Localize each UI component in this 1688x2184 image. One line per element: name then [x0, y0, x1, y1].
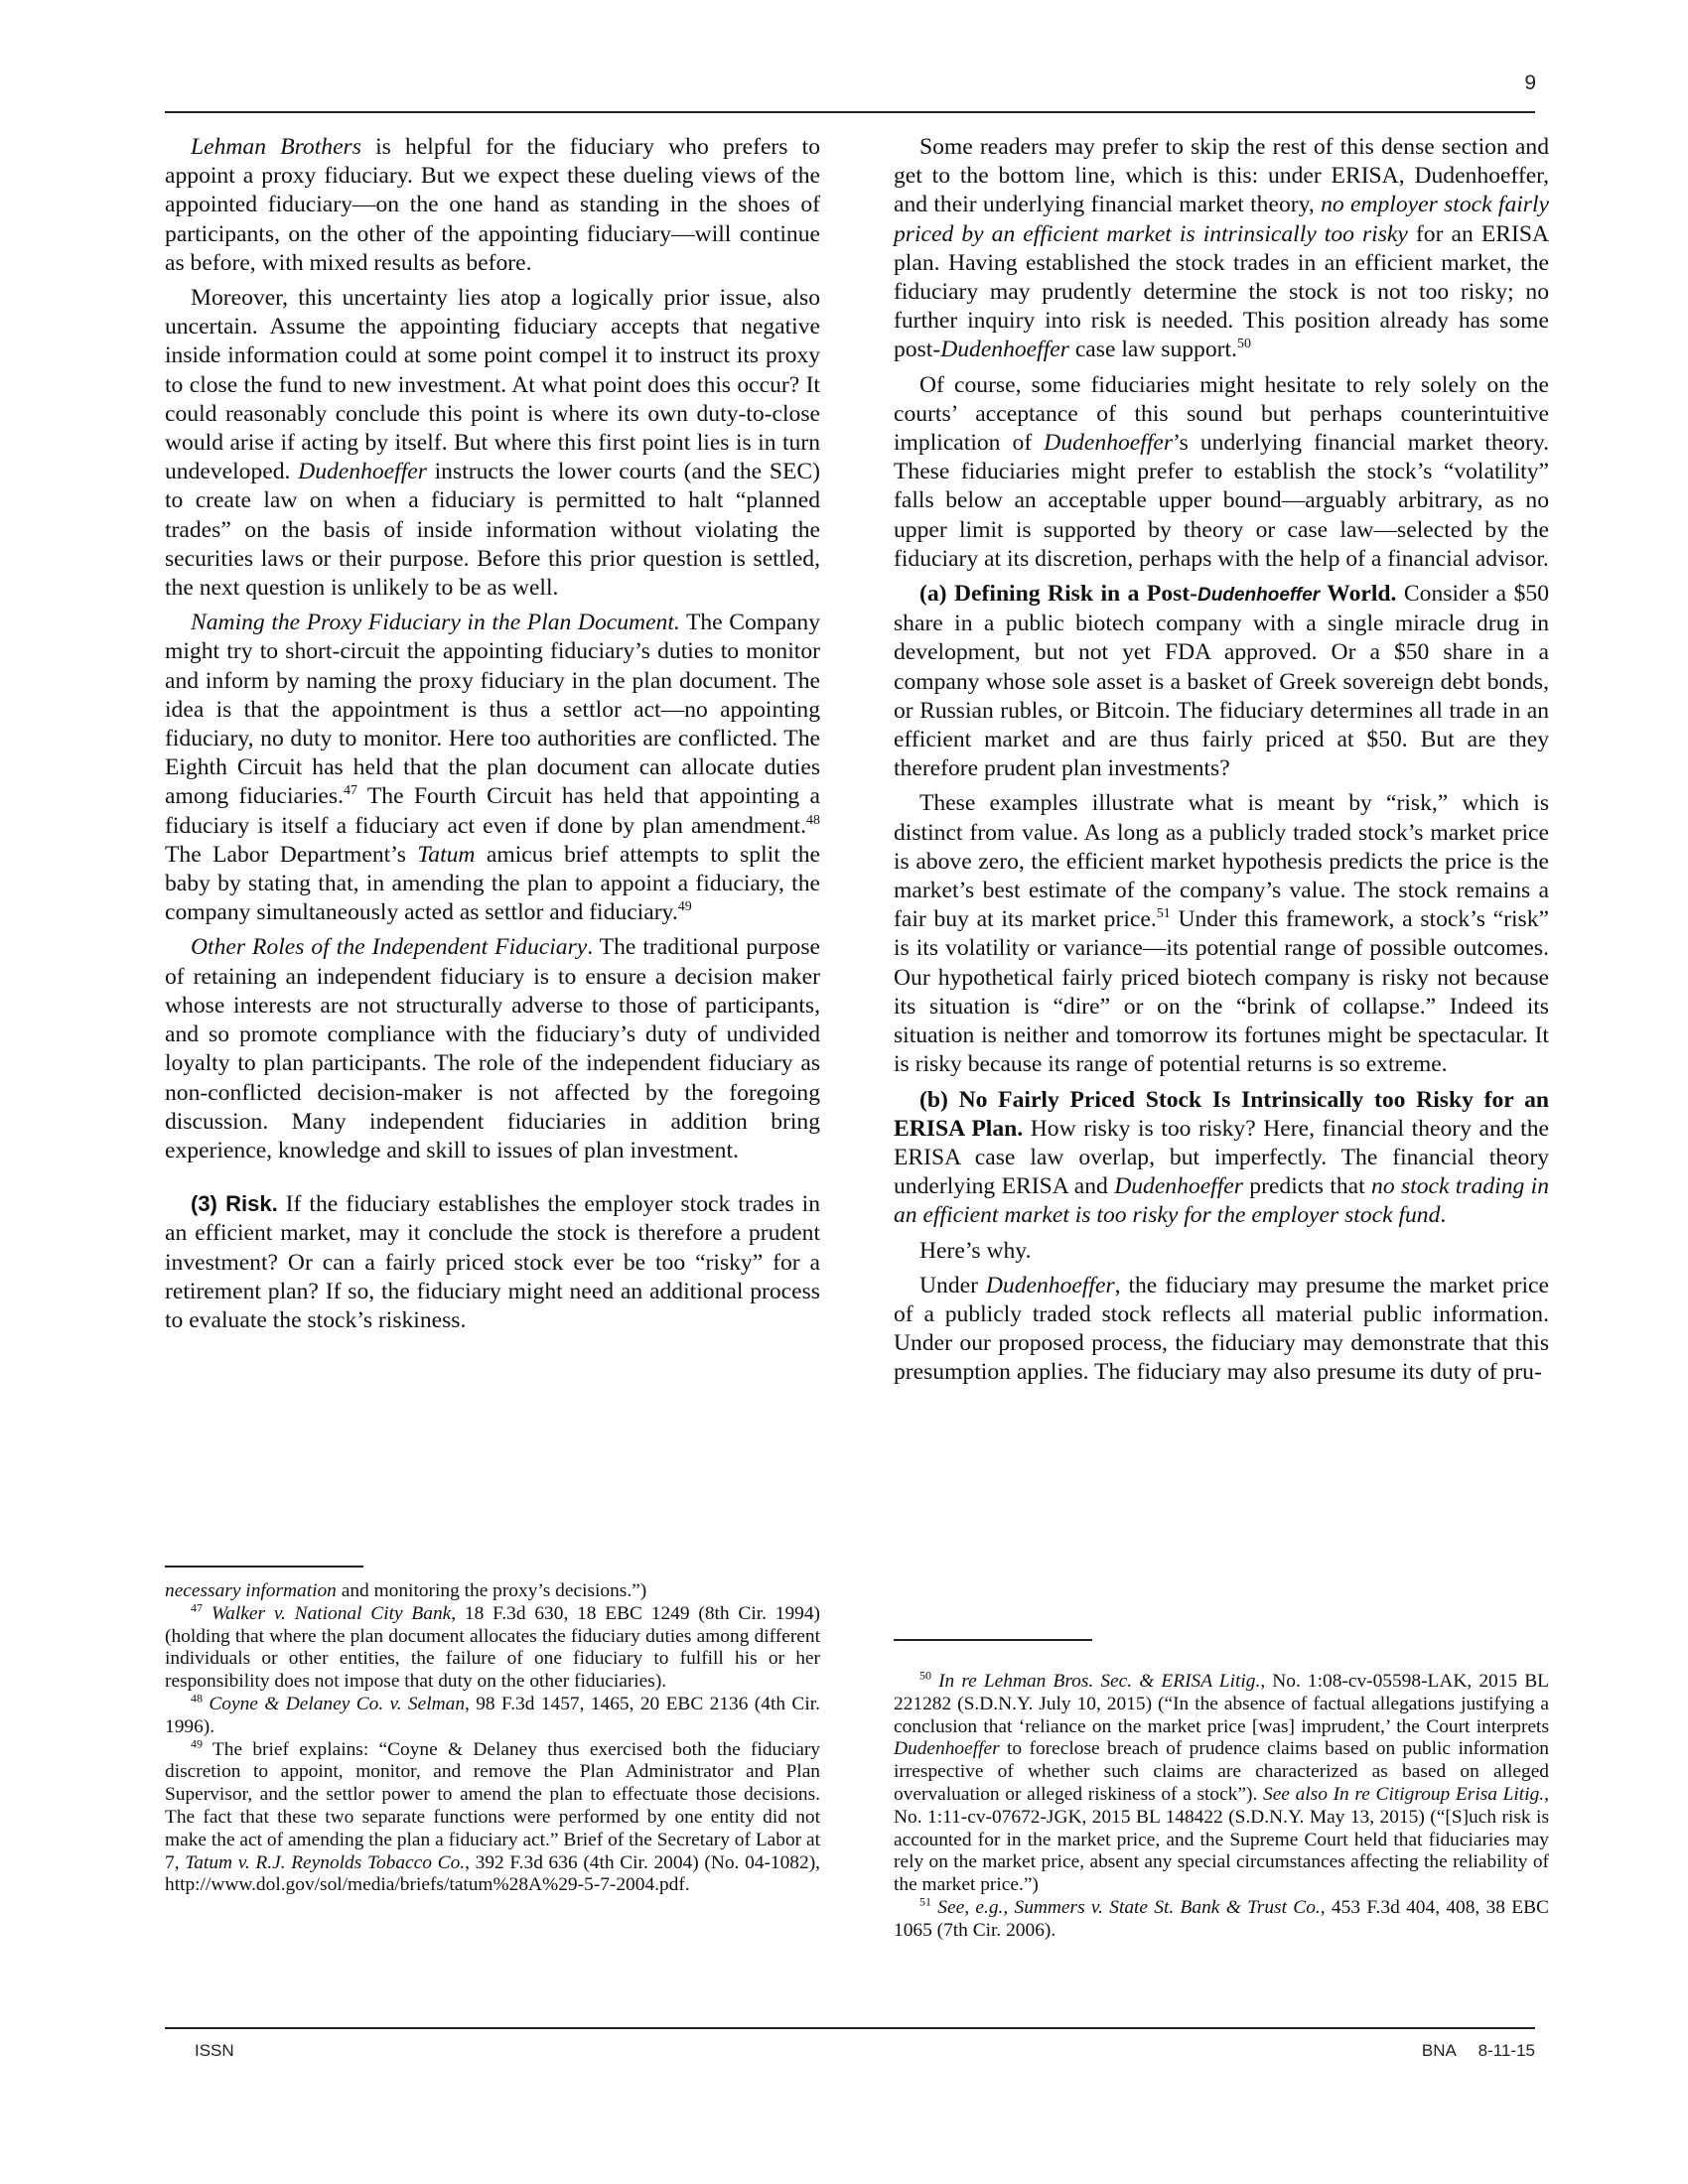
- paragraph: Some readers may prefer to skip the rest…: [894, 133, 1549, 365]
- paragraph: Under Dudenhoeffer, the fiduciary may pr…: [894, 1272, 1549, 1388]
- paragraph: These examples illustrate what is meant …: [894, 789, 1549, 1079]
- footnote-rule: [165, 1566, 363, 1568]
- right-footnotes: 50 In re Lehman Bros. Sec. & ERISA Litig…: [894, 1671, 1549, 1943]
- case-name: Lehman Brothers: [191, 134, 361, 160]
- subheading: Other Roles of the Independent Fiduciary: [191, 934, 587, 960]
- footnote-50: 50 In re Lehman Bros. Sec. & ERISA Litig…: [894, 1671, 1549, 1897]
- left-footnotes: necessary information and monitoring the…: [165, 1580, 820, 1897]
- paragraph: Other Roles of the Independent Fiduciary…: [165, 933, 820, 1165]
- paragraph: Lehman Brothers is helpful for the fiduc…: [165, 133, 820, 278]
- footnote-48: 48 Coyne & Delaney Co. v. Selman, 98 F.3…: [165, 1694, 820, 1739]
- footer-issn: ISSN: [195, 2041, 234, 2061]
- paragraph: Here’s why.: [894, 1237, 1549, 1266]
- footnote-51: 51 See, e.g., Summers v. State St. Bank …: [894, 1897, 1549, 1943]
- footnote-ref-51[interactable]: 51: [1157, 906, 1171, 921]
- paragraph: Of course, some fiduciaries might hesita…: [894, 371, 1549, 574]
- subsection-heading: (a) Defining Risk in a Post-Dudenhoeffer…: [919, 581, 1396, 607]
- footnote-ref-50[interactable]: 50: [1237, 338, 1251, 352]
- paragraph: (3) Risk. If the fiduciary establishes t…: [165, 1189, 820, 1335]
- footer-publication-info: BNA 8-11-15: [1422, 2041, 1535, 2061]
- footnote-49: 49 The brief explains: “Coyne & Delaney …: [165, 1739, 820, 1898]
- footnote-continuation: necessary information and monitoring the…: [165, 1580, 820, 1603]
- right-column: Some readers may prefer to skip the rest…: [894, 133, 1549, 1394]
- footnote-ref-47[interactable]: 47: [344, 784, 357, 799]
- footnote-ref-48[interactable]: 48: [806, 813, 820, 828]
- footnote-ref-49[interactable]: 49: [678, 899, 692, 914]
- section-heading: (3) Risk.: [191, 1191, 278, 1216]
- footer-publisher: BNA: [1422, 2041, 1456, 2060]
- page-number: 9: [1524, 71, 1536, 95]
- footer-rule: [165, 2027, 1535, 2029]
- header-rule: [165, 111, 1535, 113]
- paragraph: Moreover, this uncertainty lies atop a l…: [165, 284, 820, 603]
- footnote-rule: [894, 1639, 1092, 1641]
- footer-date: 8-11-15: [1478, 2041, 1535, 2060]
- left-column: Lehman Brothers is helpful for the fiduc…: [165, 133, 820, 1341]
- subheading: Naming the Proxy Fiduciary in the Plan D…: [191, 610, 680, 635]
- paragraph: Naming the Proxy Fiduciary in the Plan D…: [165, 609, 820, 927]
- paragraph: (b) No Fairly Priced Stock Is Intrinsica…: [894, 1086, 1549, 1231]
- paragraph: (a) Defining Risk in a Post-Dudenhoeffer…: [894, 580, 1549, 783]
- footnote-47: 47 Walker v. National City Bank, 18 F.3d…: [165, 1603, 820, 1694]
